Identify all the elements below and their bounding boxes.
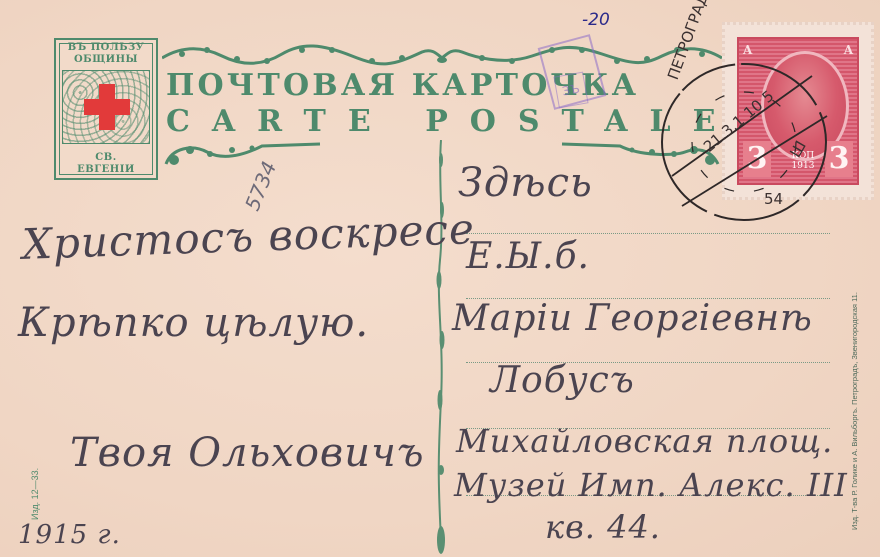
edition-imprint: Изд. 12—33.	[30, 468, 40, 520]
pencil-note-price: -20	[582, 10, 610, 30]
vignette-cross-panel	[62, 70, 150, 144]
address-line-text-3: Маріи Георгіевнѣ	[452, 298, 813, 339]
vertical-vine-divider	[436, 140, 446, 557]
floral-scroll-icon	[162, 138, 322, 172]
stamp-corner-left: A	[743, 43, 752, 57]
address-line-text-2: Е.Ы.б.	[466, 236, 590, 277]
publisher-imprint: Изд. Т-ва Р. Голике и А. Вильборгъ. Петр…	[850, 292, 859, 530]
vignette-top-text: ВЪ ПОЛЬЗУ ОБЩИНЫ	[56, 42, 156, 66]
red-cross-icon-bar	[84, 99, 130, 115]
address-line-text-7: кв. 44.	[545, 508, 661, 546]
violet-censor-inner: ЗЪ	[553, 72, 588, 109]
address-line-text-6: Музей Имп. Алекс. III	[454, 466, 848, 504]
message-signature: Твоя Ольховичъ	[70, 430, 425, 476]
vignette-bottom-line-1: СВ.	[56, 152, 156, 164]
message-year: 1915 г.	[18, 520, 121, 550]
floral-scroll-icon	[162, 44, 722, 68]
address-line-1	[466, 233, 830, 234]
top-ornament	[162, 44, 722, 64]
vignette-bottom-line-2: ЕВГЕНIИ	[56, 164, 156, 176]
message-line-2: Крѣпко цѣлую.	[18, 300, 369, 346]
address-line-text-4: Лобусъ	[490, 360, 635, 401]
address-line-text-1: Здѣсь	[458, 160, 593, 206]
vignette-top-line-1: ВЪ ПОЛЬЗУ	[56, 42, 156, 54]
vignette-bottom-text: СВ. ЕВГЕНIИ	[56, 152, 156, 176]
postcard-back: ВЪ ПОЛЬЗУ ОБЩИНЫ СВ. ЕВГЕНIИ ПОЧТОВАЯ КА…	[0, 0, 880, 557]
vignette-top-line-2: ОБЩИНЫ	[56, 54, 156, 66]
left-lower-ornament	[162, 138, 322, 172]
message-line-1: Христосъ воскресе	[21, 204, 475, 269]
red-cross-charity-vignette: ВЪ ПОЛЬЗУ ОБЩИНЫ СВ. ЕВГЕНIИ	[54, 38, 158, 180]
postmark-office-number: 54	[764, 190, 783, 208]
stamp-corner-right: A	[844, 43, 853, 57]
vine-icon	[436, 140, 446, 557]
address-line-text-5: Михайловская площ.	[456, 422, 833, 460]
